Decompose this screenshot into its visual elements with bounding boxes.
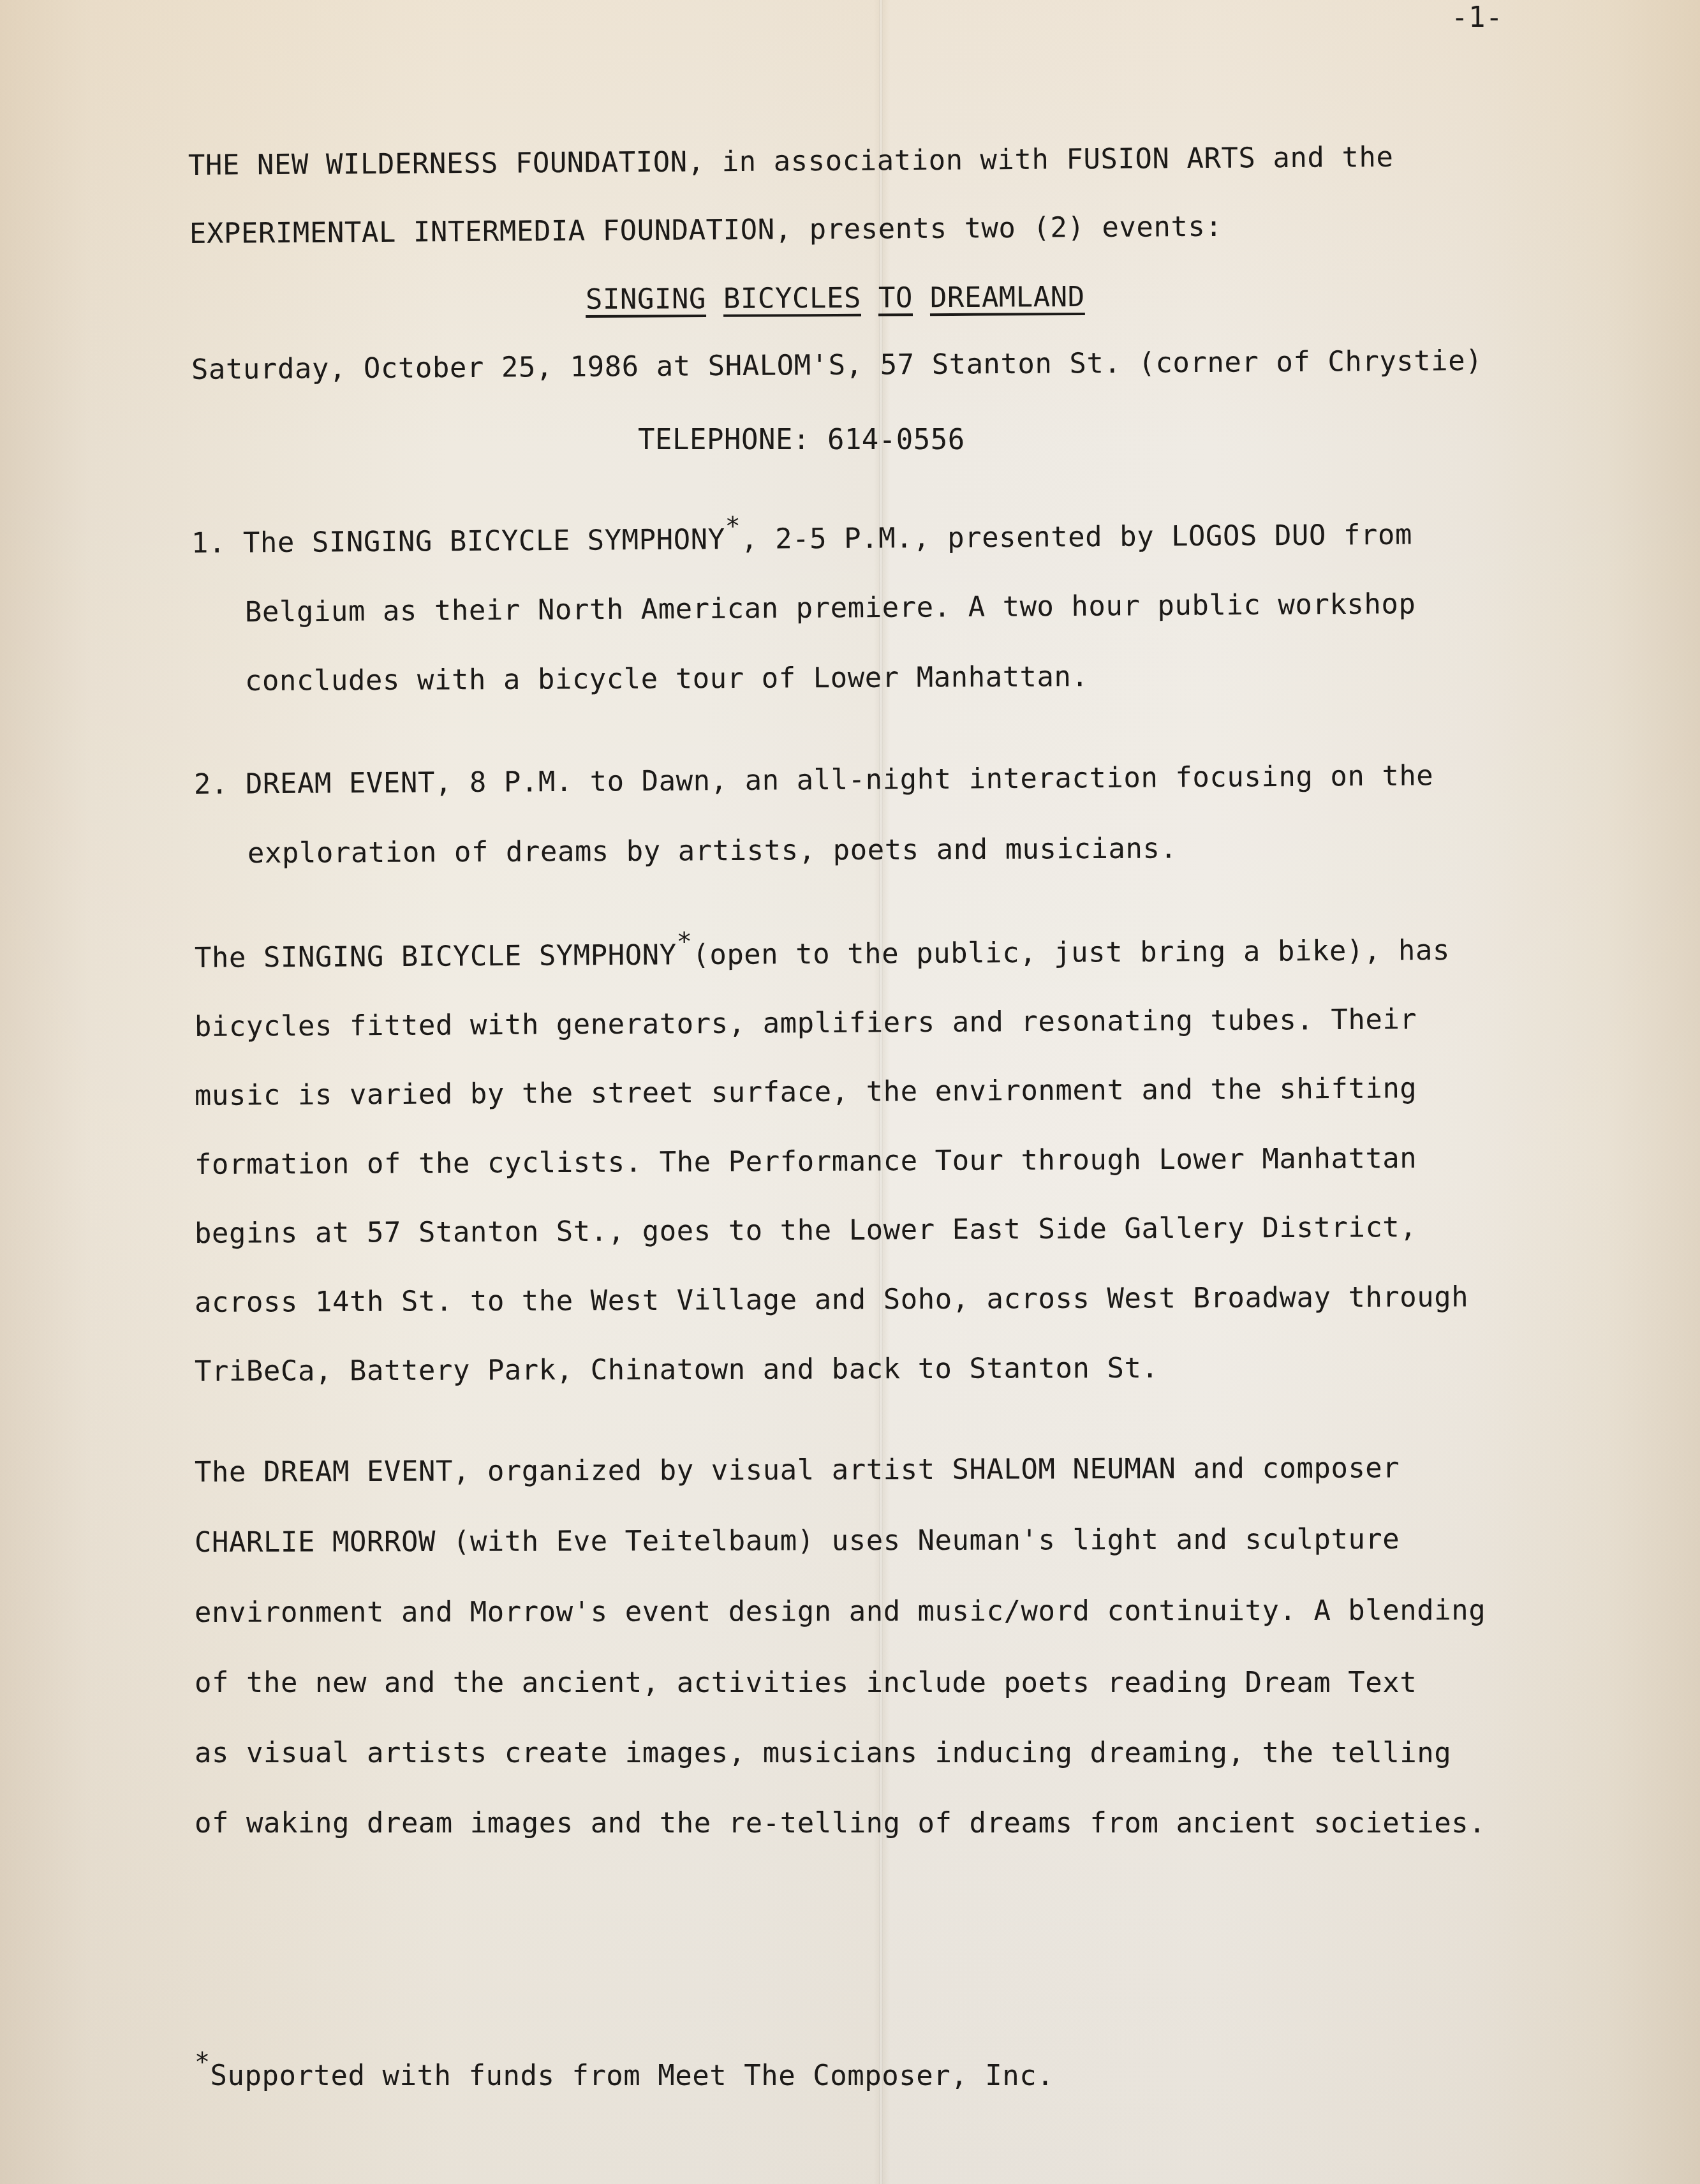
bicycle-paragraph-line-7: TriBeCa, Battery Park, Chinatown and bac… xyxy=(195,1355,1159,1386)
title-word: DREAMLAND xyxy=(930,281,1085,314)
intro-line-2: EXPERIMENTAL INTERMEDIA FOUNDATION, pres… xyxy=(189,213,1223,248)
event-2-line-1: 2. DREAM EVENT, 8 P.M. to Dawn, an all-n… xyxy=(194,762,1434,799)
bicycle-paragraph-line-6: across 14th St. to the West Village and … xyxy=(195,1283,1468,1317)
dream-paragraph-line-6: of waking dream images and the re-tellin… xyxy=(195,1809,1486,1838)
bicycle-paragraph-line-3: music is varied by the street surface, t… xyxy=(195,1074,1417,1110)
dream-paragraph-line-5: as visual artists create images, musicia… xyxy=(195,1739,1451,1767)
dream-paragraph-line-1: The DREAM EVENT, organized by visual art… xyxy=(195,1454,1400,1487)
date-venue: Saturday, October 25, 1986 at SHALOM'S, … xyxy=(191,347,1483,384)
title-word: SINGING xyxy=(586,283,706,316)
footnote-marker: * xyxy=(676,927,692,956)
event-2-line-2: exploration of dreams by artists, poets … xyxy=(248,835,1178,868)
footnote-marker: * xyxy=(195,2048,211,2077)
intro-line-1: THE NEW WILDERNESS FOUNDATION, in associ… xyxy=(188,144,1394,180)
document-page: -1- THE NEW WILDERNESS FOUNDATION, in as… xyxy=(0,0,1700,2184)
event-1-line-2: Belgium as their North American premiere… xyxy=(245,590,1416,627)
event-1-line-3: concludes with a bicycle tour of Lower M… xyxy=(245,663,1089,695)
bicycle-paragraph-line-1: The SINGING BICYCLE SYMPHONY*(open to th… xyxy=(195,937,1450,972)
title-word: BICYCLES xyxy=(723,282,861,315)
event-1-number: 1. xyxy=(191,527,226,560)
dream-paragraph-line-2: CHARLIE MORROW (with Eve Teitelbaum) use… xyxy=(195,1526,1400,1557)
bicycle-paragraph-line-2: bicycles fitted with generators, amplifi… xyxy=(195,1006,1417,1041)
bicycle-paragraph-line-5: begins at 57 Stanton St., goes to the Lo… xyxy=(195,1214,1417,1248)
page-number: -1- xyxy=(1451,4,1503,32)
telephone: TELEPHONE: 614-0556 xyxy=(638,426,965,454)
dream-paragraph-line-4: of the new and the ancient, activities i… xyxy=(195,1669,1417,1697)
title-word: TO xyxy=(878,281,913,314)
footnote: *Supported with funds from Meet The Comp… xyxy=(195,2062,1054,2090)
bicycle-paragraph-line-4: formation of the cyclists. The Performan… xyxy=(195,1145,1417,1179)
event-2-number: 2. xyxy=(194,768,228,801)
footnote-marker: * xyxy=(725,512,741,541)
event-1-line-1: 1. The SINGING BICYCLE SYMPHONY*, 2-5 P.… xyxy=(191,521,1412,558)
dream-paragraph-line-3: environment and Morrow's event design an… xyxy=(195,1596,1486,1627)
footnote-text: Supported with funds from Meet The Compo… xyxy=(211,2060,1054,2092)
event-title: SINGING BICYCLES TO DREAMLAND xyxy=(586,283,1085,314)
